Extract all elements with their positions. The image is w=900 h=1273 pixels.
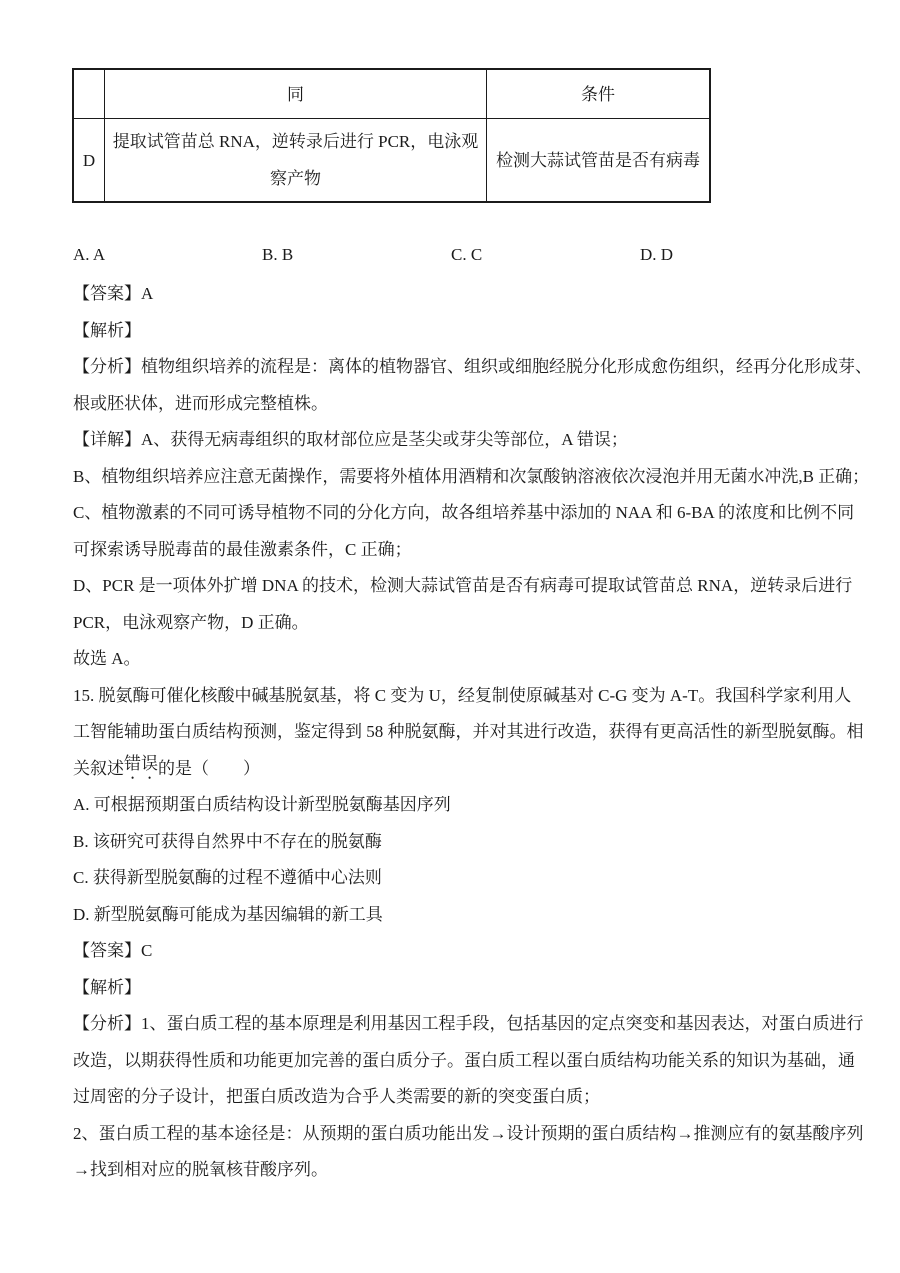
q14-detail-line: D、PCR 是一项体外扩增 DNA 的技术，检测大蒜试管苗是否有病毒可提取试管苗… <box>73 566 863 603</box>
document-body: A. A B. B C. C D. D 【答案】A 【解析】 【分析】植物组织培… <box>73 237 863 1186</box>
table-row-purpose-cell: 检测大蒜试管苗是否有病毒 <box>487 119 711 203</box>
q15-analysis-line: →找到相对应的脱氧核苷酸序列。 <box>73 1150 863 1187</box>
q14-detail-line: 可探索诱导脱毒苗的最佳激素条件，C 正确； <box>73 529 863 566</box>
q14-detail-line: 【详解】A、获得无病毒组织的取材部位应是茎尖或芽尖等部位，A 错误； <box>73 420 863 457</box>
table-header-row: 同 条件 <box>73 69 710 119</box>
q15-option-b: B. 该研究可获得自然界中不存在的脱氨酶 <box>73 821 863 858</box>
question-table: 同 条件 D 提取试管苗总 RNA，逆转录后进行 PCR，电泳观察产物 检测大蒜… <box>72 68 711 203</box>
q15-stem-line: 工智能辅助蛋白质结构预测，鉴定得到 58 种脱氨酶，并对其进行改造，获得有更高活… <box>73 712 863 749</box>
q14-option-c: C. C <box>451 245 640 265</box>
table-header-method-cell: 同 <box>105 69 487 119</box>
q14-analysis-line: 根或胚状体，进而形成完整植株。 <box>73 383 863 420</box>
q15-answer-line: 【答案】C <box>73 931 863 968</box>
q15-option-c: C. 获得新型脱氨酶的过程不遵循中心法则 <box>73 858 863 895</box>
q15-analysis-line: 2、蛋白质工程的基本途径是：从预期的蛋白质功能出发→设计预期的蛋白质结构→推测应… <box>73 1113 863 1150</box>
q14-detail-line: B、植物组织培养应注意无菌操作，需要将外植体用酒精和次氯酸钠溶液依次浸泡并用无菌… <box>73 456 863 493</box>
q14-options-row: A. A B. B C. C D. D <box>73 237 863 274</box>
q15-analysis-line: 过周密的分子设计，把蛋白质改造为合乎人类需要的新的突变蛋白质； <box>73 1077 863 1114</box>
table-header-empty-cell <box>73 69 105 119</box>
q14-option-a: A. A <box>73 245 262 265</box>
document-page: 同 条件 D 提取试管苗总 RNA，逆转录后进行 PCR，电泳观察产物 检测大蒜… <box>0 0 900 1273</box>
q14-answer-line: 【答案】A <box>73 274 863 311</box>
q14-option-b: B. B <box>262 245 451 265</box>
q14-detail-line: PCR，电泳观察产物，D 正确。 <box>73 602 863 639</box>
q15-stem-prefix: 关叙述 <box>73 754 124 779</box>
q14-jiexi-line: 【解析】 <box>73 310 863 347</box>
q14-option-d: D. D <box>640 245 829 265</box>
q15-stem-line: 15. 脱氨酶可催化核酸中碱基脱氨基，将 C 变为 U，经复制使原碱基对 C-G… <box>73 675 863 712</box>
q15-stem-emphasis: 错误 <box>124 749 158 783</box>
table-header-condition-cell: 条件 <box>487 69 711 119</box>
q15-option-d: D. 新型脱氨酶可能成为基因编辑的新工具 <box>73 894 863 931</box>
q14-detail-line: C、植物激素的不同可诱导植物不同的分化方向，故各组培养基中添加的 NAA 和 6… <box>73 493 863 530</box>
q14-analysis-line: 【分析】植物组织培养的流程是：离体的植物器官、组织或细胞经脱分化形成愈伤组织，经… <box>73 347 863 384</box>
table-row-label-cell: D <box>73 119 105 203</box>
q15-analysis-line: 【分析】1、蛋白质工程的基本原理是利用基因工程手段，包括基因的定点突变和基因表达… <box>73 1004 863 1041</box>
q15-option-a: A. 可根据预期蛋白质结构设计新型脱氨酶基因序列 <box>73 785 863 822</box>
q15-analysis-line: 改造，以期获得性质和功能更加完善的蛋白质分子。蛋白质工程以蛋白质结构功能关系的知… <box>73 1040 863 1077</box>
q15-stem-suffix: 的是（ ） <box>158 754 260 779</box>
q15-stem-last-line: 关叙述错误的是（ ） <box>73 748 863 785</box>
q15-jiexi-line: 【解析】 <box>73 967 863 1004</box>
q14-conclusion-line: 故选 A。 <box>73 639 863 676</box>
table-row-method-cell: 提取试管苗总 RNA，逆转录后进行 PCR，电泳观察产物 <box>105 119 487 203</box>
table-row-d: D 提取试管苗总 RNA，逆转录后进行 PCR，电泳观察产物 检测大蒜试管苗是否… <box>73 119 710 203</box>
